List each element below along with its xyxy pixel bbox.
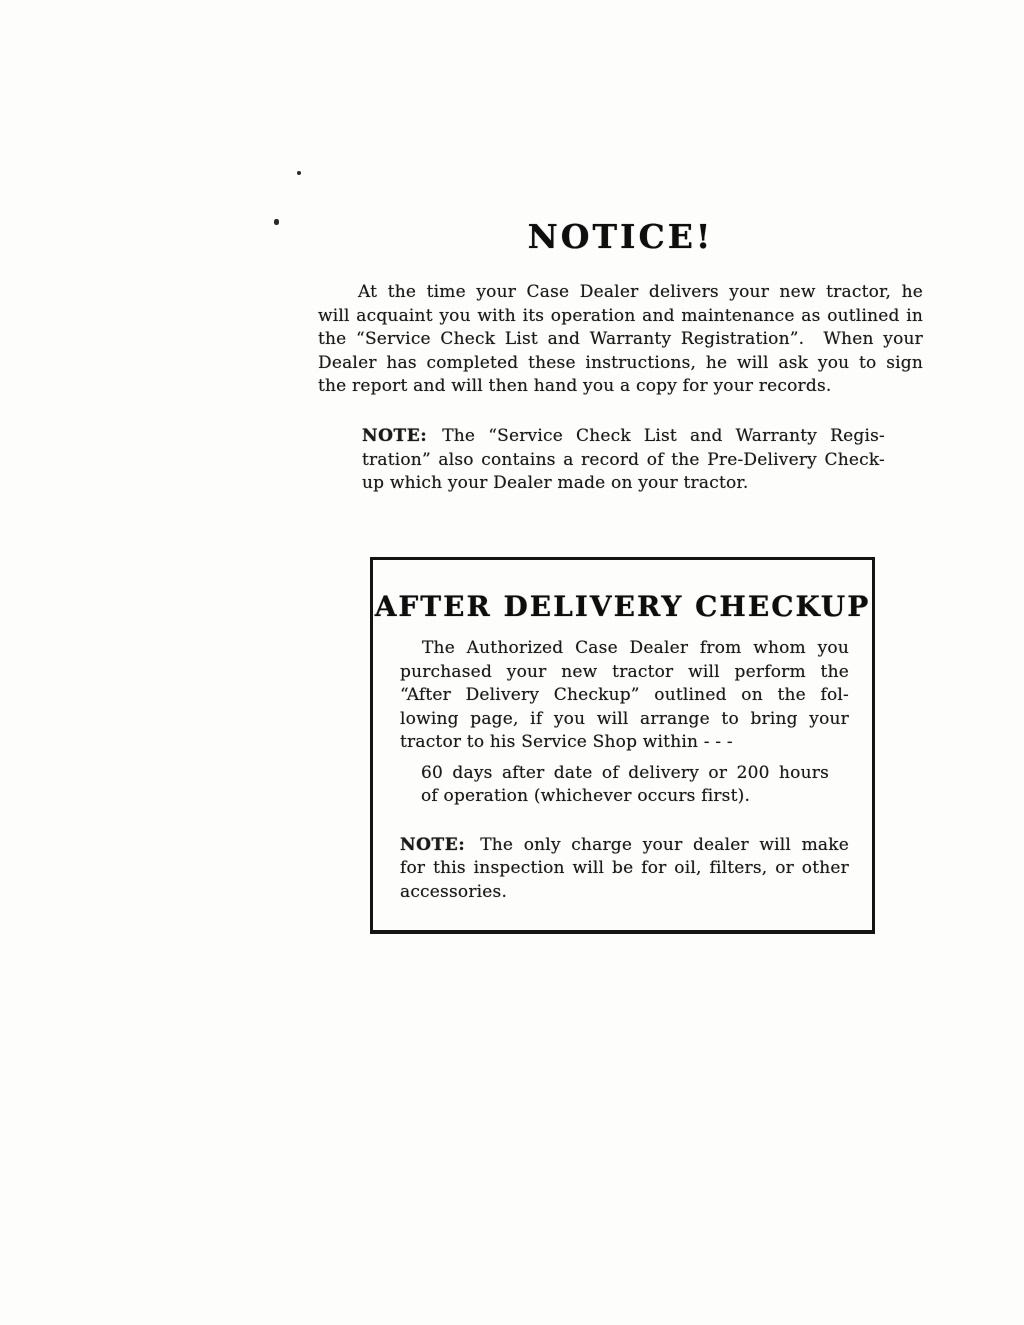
box-title: AFTER DELIVERY CHECKUP bbox=[373, 590, 872, 624]
text-line: tractor to his Service Shop within - - - bbox=[400, 731, 849, 755]
text-line: NOTE:The only charge your dealer will ma… bbox=[400, 834, 849, 858]
manual-page: NOTICE! At the time your Case Dealer del… bbox=[0, 0, 1024, 1325]
terms-paragraph: 60 days after date of delivery or 200 ho… bbox=[421, 762, 829, 809]
text-line: At the time your Case Dealer delivers yo… bbox=[318, 281, 923, 305]
box-body-paragraph: The Authorized Case Dealer from whom you… bbox=[400, 637, 849, 755]
text-line: The Authorized Case Dealer from whom you bbox=[400, 637, 849, 661]
page-title: NOTICE! bbox=[318, 219, 923, 255]
note-remaining-lines: for this inspection will be for oil, fil… bbox=[400, 857, 849, 904]
text-line: accessories. bbox=[400, 881, 849, 905]
note-first-line-text: The “Service Check List and Warranty Reg… bbox=[442, 426, 885, 446]
text-line: “After Delivery Checkup” outlined on the… bbox=[400, 684, 849, 708]
text-line: 60 days after date of delivery or 200 ho… bbox=[421, 762, 829, 786]
note-label: NOTE: bbox=[400, 835, 465, 855]
scan-speck bbox=[274, 219, 279, 225]
note-remaining-lines: tration” also contains a record of the P… bbox=[362, 449, 885, 496]
scan-speck bbox=[297, 171, 301, 175]
text-line: Dealer has completed these instructions,… bbox=[318, 352, 923, 376]
intro-paragraph: At the time your Case Dealer delivers yo… bbox=[318, 281, 923, 399]
text-line: purchased your new tractor will perform … bbox=[400, 661, 849, 685]
text-line: up which your Dealer made on your tracto… bbox=[362, 472, 885, 496]
after-delivery-checkup-box: AFTER DELIVERY CHECKUP The Authorized Ca… bbox=[370, 557, 875, 934]
note-first-line-text: The only charge your dealer will make bbox=[480, 835, 849, 855]
note-label: NOTE: bbox=[362, 426, 427, 446]
text-line: for this inspection will be for oil, fil… bbox=[400, 857, 849, 881]
text-line: the “Service Check List and Warranty Reg… bbox=[318, 328, 923, 352]
text-line: NOTE:The “Service Check List and Warrant… bbox=[362, 425, 885, 449]
text-line: will acquaint you with its operation and… bbox=[318, 305, 923, 329]
text-line: of operation (whichever occurs first). bbox=[421, 785, 829, 809]
note-paragraph: NOTE:The “Service Check List and Warrant… bbox=[362, 425, 885, 496]
box-note-paragraph: NOTE:The only charge your dealer will ma… bbox=[400, 834, 849, 905]
text-line: lowing page, if you will arrange to brin… bbox=[400, 708, 849, 732]
text-line: the report and will then hand you a copy… bbox=[318, 375, 923, 399]
text-line: tration” also contains a record of the P… bbox=[362, 449, 885, 473]
